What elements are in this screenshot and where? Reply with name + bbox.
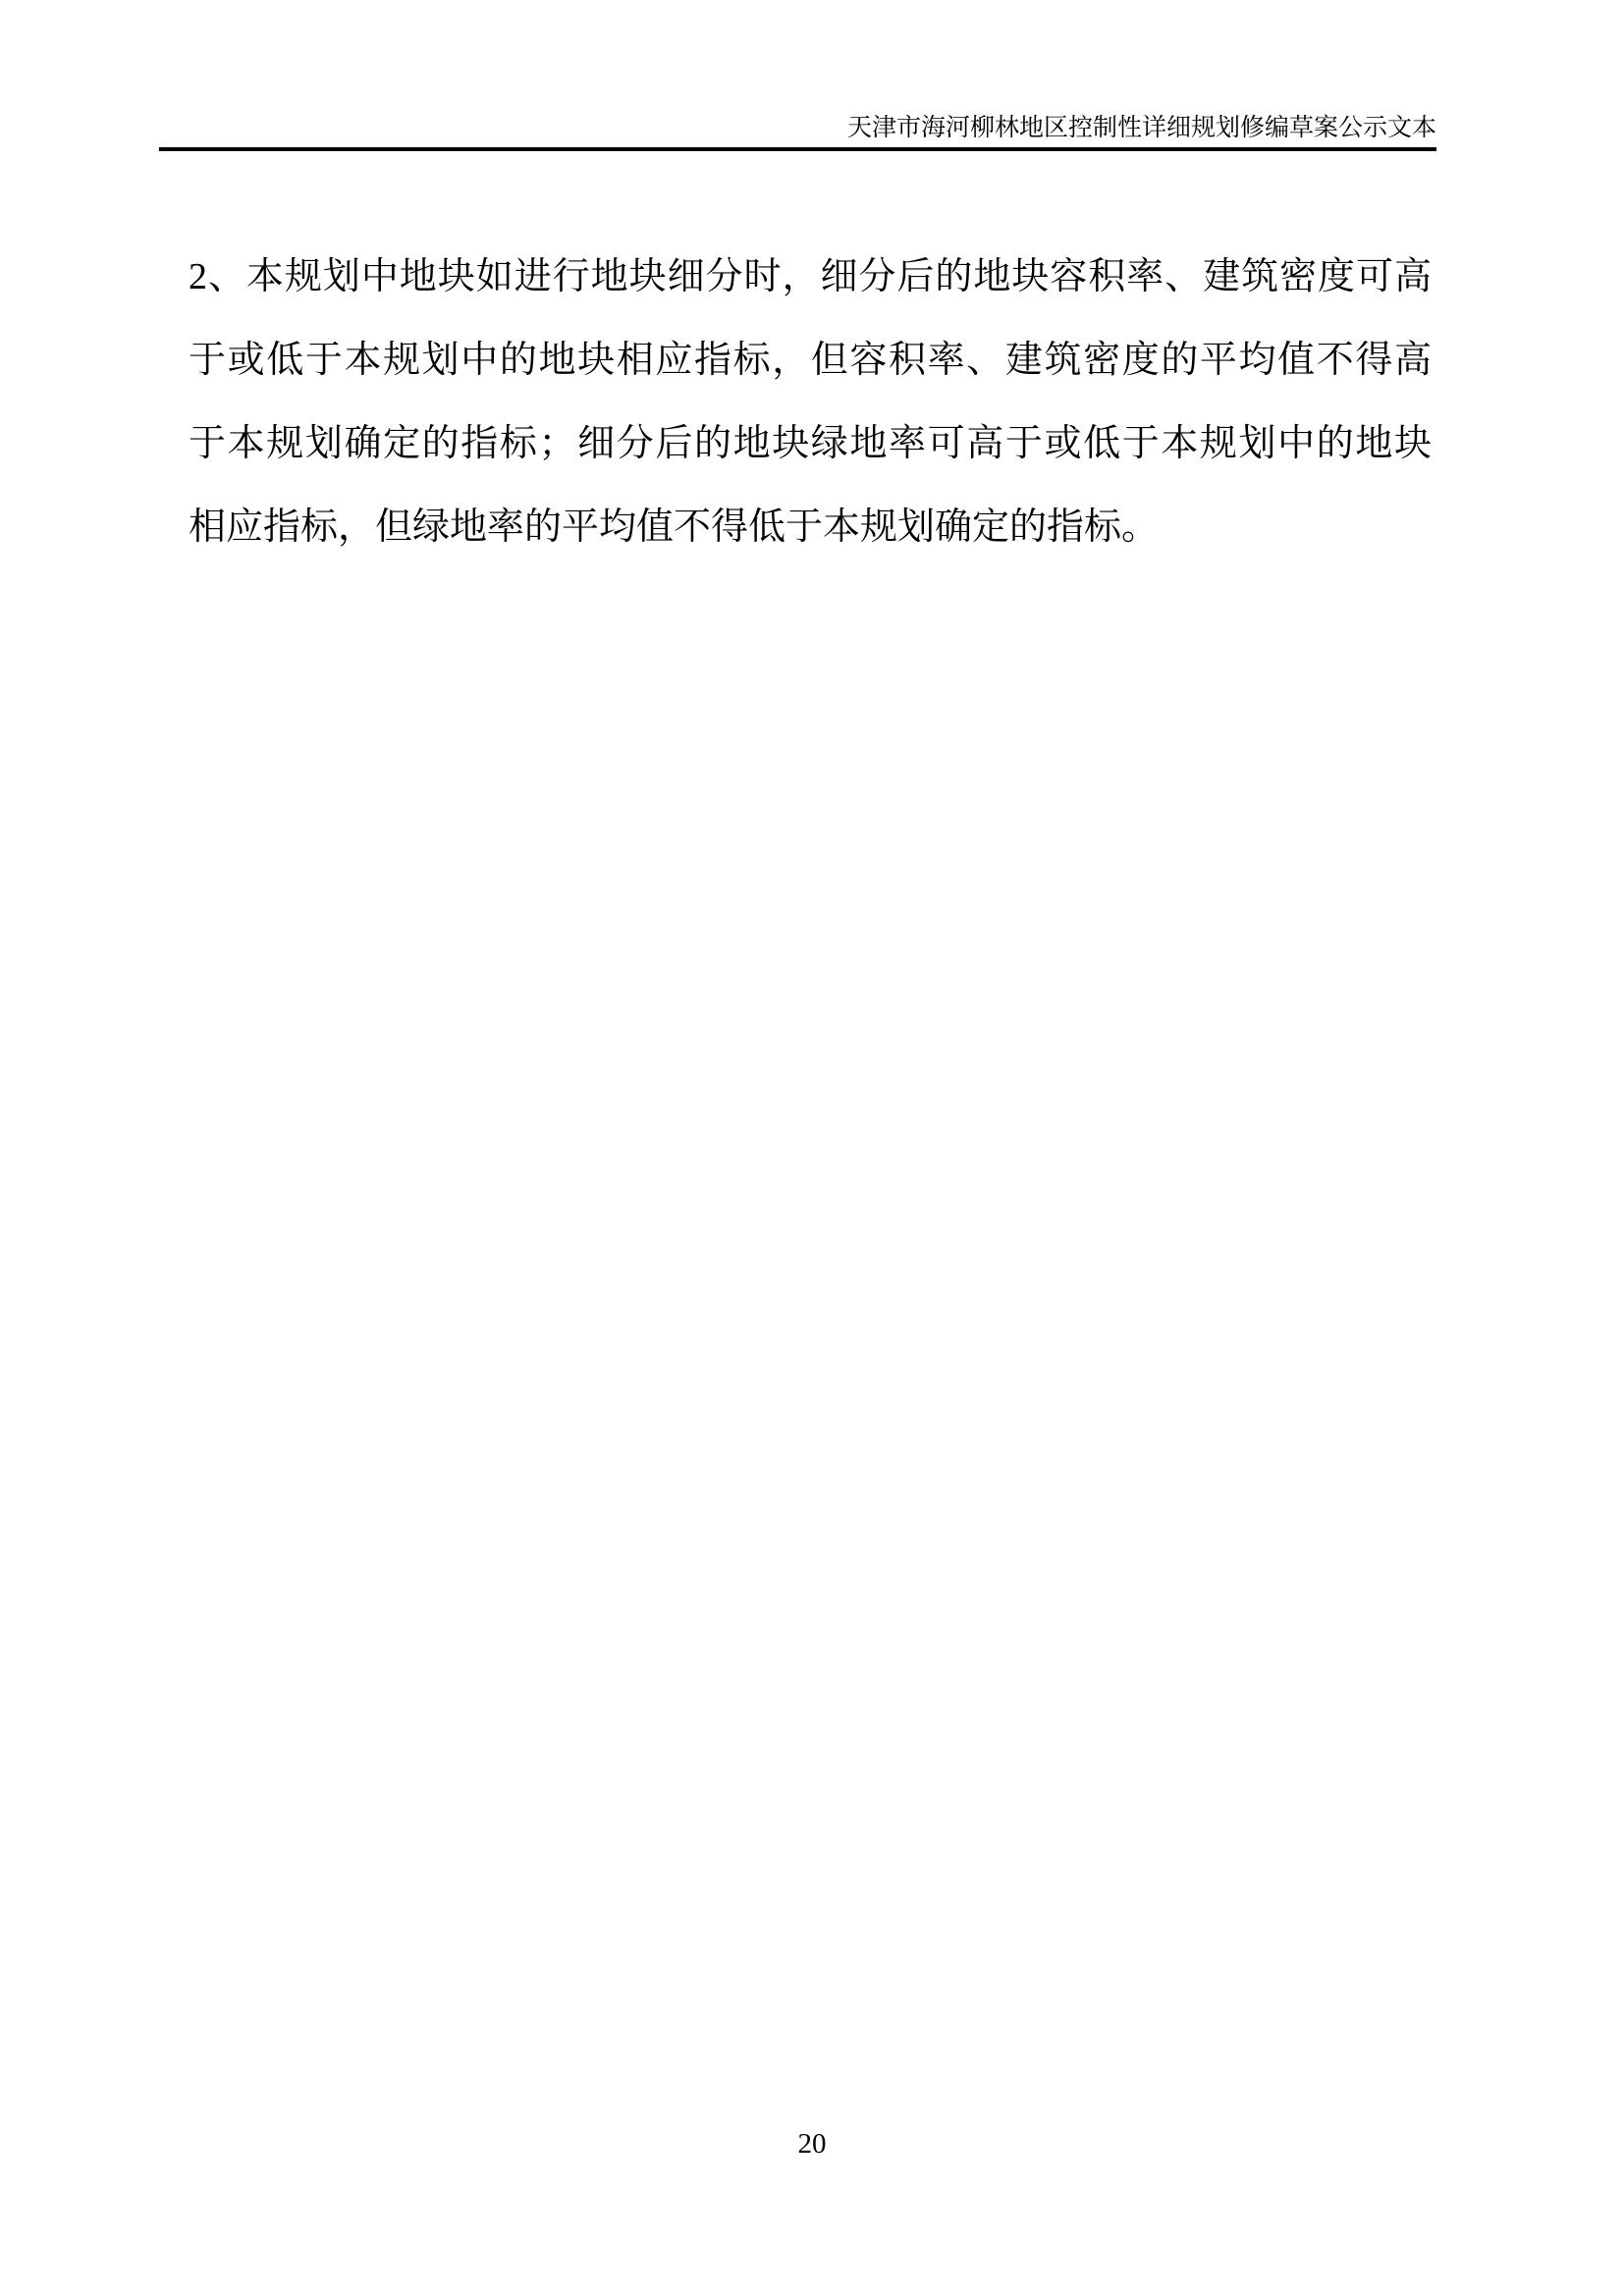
page-header: 天津市海河柳林地区控制性详细规划修编草案公示文本	[159, 114, 1436, 151]
body-paragraph: 2、本规划中地块如进行地块细分时，细分后的地块容积率、建筑密度可高 于或低于本规…	[189, 236, 1432, 569]
document-page: 天津市海河柳林地区控制性详细规划修编草案公示文本 2、本规划中地块如进行地块细分…	[0, 0, 1624, 2296]
paragraph-line: 于或低于本规划中的地块相应指标，但容积率、建筑密度的平均值不得高	[189, 319, 1432, 402]
paragraph-line: 2、本规划中地块如进行地块细分时，细分后的地块容积率、建筑密度可高	[189, 236, 1432, 319]
paragraph-line: 于本规划确定的指标；细分后的地块绿地率可高于或低于本规划中的地块	[189, 402, 1432, 486]
page-number: 20	[0, 2128, 1624, 2160]
header-title: 天津市海河柳林地区控制性详细规划修编草案公示文本	[847, 115, 1436, 141]
paragraph-line: 相应指标，但绿地率的平均值不得低于本规划确定的指标。	[189, 486, 1432, 569]
